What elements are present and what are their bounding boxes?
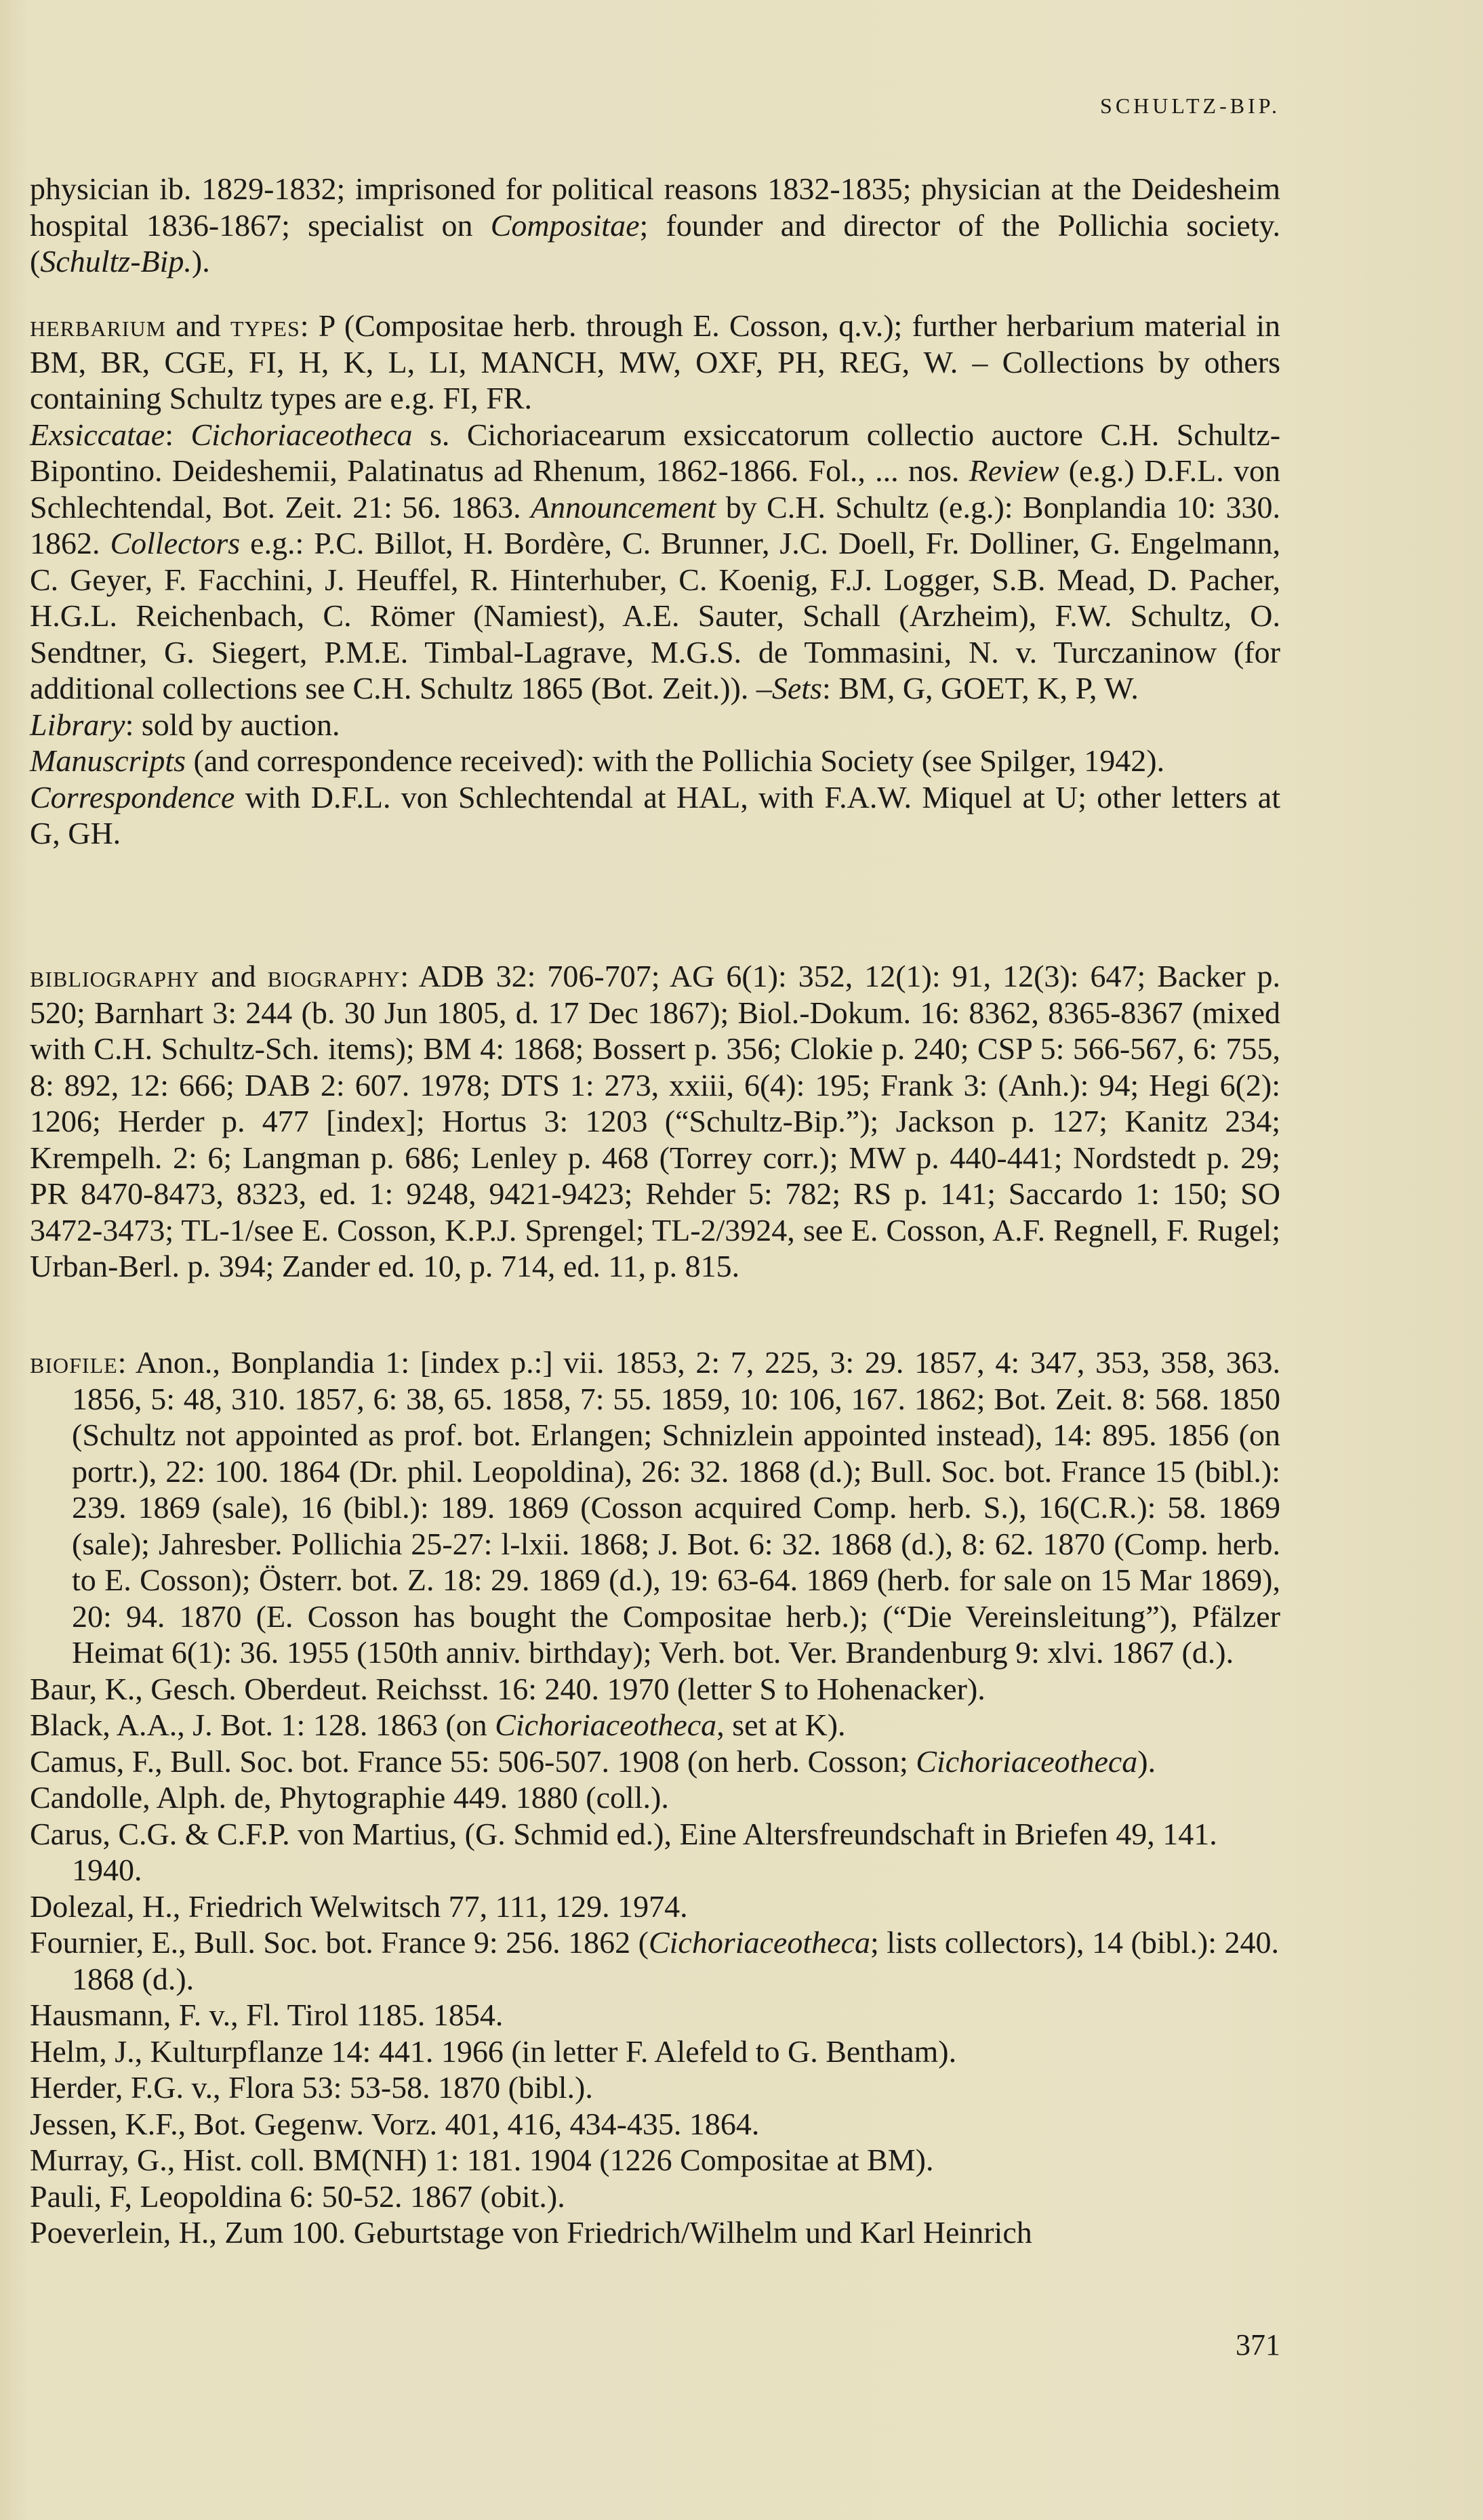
bibliography-heading: bibliography: [30, 959, 199, 993]
reference-item: Fournier, E., Bull. Soc. bot. France 9: …: [30, 1924, 1280, 1997]
reference-text-end: , set at K).: [716, 1708, 845, 1742]
heading-connector: and: [199, 959, 267, 993]
intro-italic-abbrev: Schultz-Bip.: [40, 244, 192, 278]
reference-text: Poeverlein, H., Zum 100. Geburtstage von…: [30, 2215, 1032, 2250]
reference-text: Candolle, Alph. de, Phytographie 449. 18…: [30, 1780, 669, 1815]
reference-item: Herder, F.G. v., Flora 53: 53-58. 1870 (…: [30, 2069, 1280, 2106]
biofile-heading: biofile: [30, 1345, 118, 1380]
reference-item: Hausmann, F. v., Fl. Tirol 1185. 1854.: [30, 1997, 1280, 2033]
manuscripts-text: (and correspondence received): with the …: [186, 743, 1164, 778]
reference-italic-title: Cichoriaceotheca: [495, 1708, 716, 1742]
reference-text: Camus, F., Bull. Soc. bot. France 55: 50…: [30, 1744, 916, 1779]
bibliography-text: : ADB 32: 706-707; AG 6(1): 352, 12(1): …: [30, 959, 1280, 1283]
exsiccatae-title: Cichoriaceotheca: [190, 417, 412, 452]
types-heading: types: [230, 308, 300, 343]
reference-text: Murray, G., Hist. coll. BM(NH) 1: 181. 1…: [30, 2143, 933, 2177]
exsiccatae-label: Exsiccatae: [30, 417, 165, 452]
intro-italic-compositae: Compositae: [491, 208, 640, 243]
intro-text-end: ).: [192, 244, 210, 278]
herbarium-heading: herbarium: [30, 308, 166, 343]
library-text: : sold by auction.: [125, 707, 340, 742]
reference-text: Jessen, K.F., Bot. Gegenw. Vorz. 401, 41…: [30, 2107, 759, 2141]
announcement-label: Announcement: [531, 490, 716, 524]
reference-item: Pauli, F, Leopoldina 6: 50-52. 1867 (obi…: [30, 2178, 1280, 2215]
reference-text: Helm, J., Kulturpflanze 14: 441. 1966 (i…: [30, 2034, 956, 2069]
heading-connector: and: [166, 308, 230, 343]
reference-text: Fournier, E., Bull. Soc. bot. France 9: …: [30, 1925, 649, 1960]
biofile-section: biofile: Anon., Bonplandia 1: [index p.:…: [30, 1344, 1280, 2251]
reference-item: Murray, G., Hist. coll. BM(NH) 1: 181. 1…: [30, 2142, 1280, 2178]
reference-italic-title: Cichoriaceotheca: [649, 1925, 870, 1960]
reference-text: Baur, K., Gesch. Oberdeut. Reichsst. 16:…: [30, 1672, 986, 1706]
reference-item: Jessen, K.F., Bot. Gegenw. Vorz. 401, 41…: [30, 2106, 1280, 2143]
reference-italic-title: Cichoriaceotheca: [916, 1744, 1137, 1779]
reference-text: Dolezal, H., Friedrich Welwitsch 77, 111…: [30, 1889, 688, 1924]
reference-item: Poeverlein, H., Zum 100. Geburtstage von…: [30, 2214, 1280, 2251]
correspondence-label: Correspondence: [30, 780, 235, 814]
sets-text: : BM, G, GOET, K, P, W.: [822, 671, 1139, 705]
bibliography-section: bibliography and biography: ADB 32: 706-…: [30, 958, 1280, 1285]
biography-heading: biography: [268, 959, 401, 993]
collectors-label: Collectors: [110, 526, 240, 560]
reference-list: Baur, K., Gesch. Oberdeut. Reichsst. 16:…: [30, 1671, 1280, 2251]
reference-text: Carus, C.G. & C.F.P. von Martius, (G. Sc…: [30, 1817, 1217, 1888]
reference-text: Black, A.A., J. Bot. 1: 128. 1863 (on: [30, 1708, 495, 1742]
herbarium-section: herbarium and types: P (Compositae herb.…: [30, 308, 1280, 852]
running-head: SCHULTZ-BIP.: [1100, 94, 1280, 119]
reference-item: Baur, K., Gesch. Oberdeut. Reichsst. 16:…: [30, 1671, 1280, 1708]
biofile-text: : Anon., Bonplandia 1: [index p.:] vii. …: [72, 1345, 1280, 1670]
reference-text-end: ).: [1137, 1744, 1156, 1779]
exsiccatae-colon: :: [165, 417, 190, 452]
reference-text: Herder, F.G. v., Flora 53: 53-58. 1870 (…: [30, 2070, 593, 2105]
reference-item: Dolezal, H., Friedrich Welwitsch 77, 111…: [30, 1888, 1280, 1925]
reference-item: Helm, J., Kulturpflanze 14: 441. 1966 (i…: [30, 2033, 1280, 2070]
reference-item: Black, A.A., J. Bot. 1: 128. 1863 (on Ci…: [30, 1707, 1280, 1743]
review-label: Review: [969, 453, 1059, 488]
reference-text: Pauli, F, Leopoldina 6: 50-52. 1867 (obi…: [30, 2179, 565, 2214]
page-number: 371: [1236, 2328, 1280, 2362]
reference-item: Candolle, Alph. de, Phytographie 449. 18…: [30, 1779, 1280, 1816]
manuscripts-label: Manuscripts: [30, 743, 186, 778]
sets-label: Sets: [772, 671, 822, 705]
intro-paragraph: physician ib. 1829-1832; imprisoned for …: [30, 171, 1280, 280]
reference-item: Camus, F., Bull. Soc. bot. France 55: 50…: [30, 1743, 1280, 1780]
reference-item: Carus, C.G. & C.F.P. von Martius, (G. Sc…: [30, 1816, 1280, 1888]
reference-text: Hausmann, F. v., Fl. Tirol 1185. 1854.: [30, 1998, 503, 2032]
library-label: Library: [30, 707, 125, 742]
